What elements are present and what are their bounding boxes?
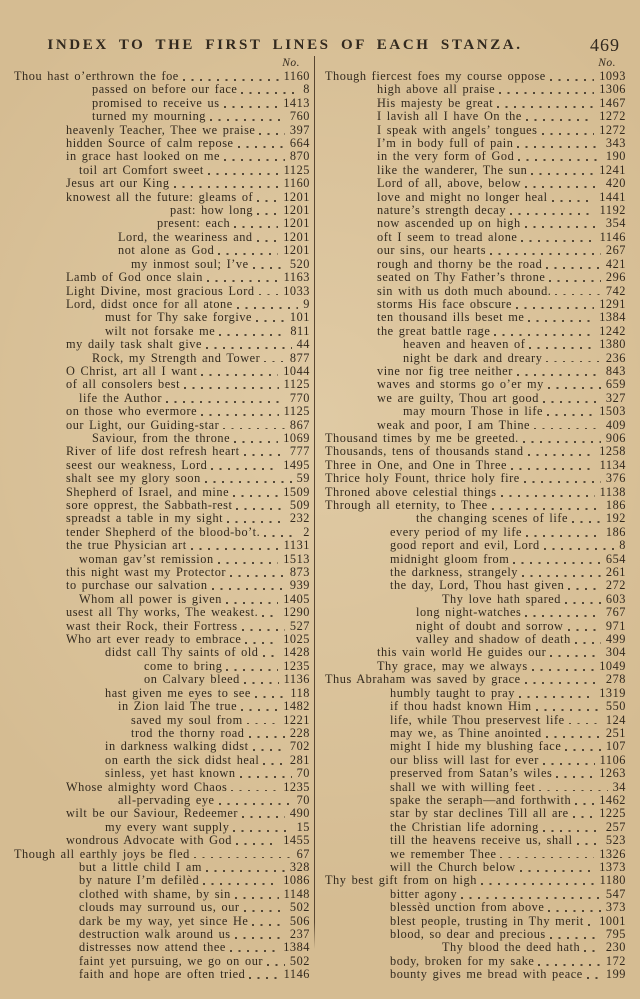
entry-first-line-text: the Christian life adorning xyxy=(390,821,539,834)
index-entry: oft I seem to tread alone1146 xyxy=(325,231,626,244)
index-entry: Who art ever ready to embrace1025 xyxy=(14,633,310,646)
dot-leader xyxy=(222,419,286,432)
dot-leader xyxy=(226,512,286,525)
hymn-number: 742 xyxy=(606,285,626,298)
hymn-number: 1258 xyxy=(599,445,626,458)
index-entry: I’m in body full of pain343 xyxy=(325,137,626,150)
hymn-number: 1513 xyxy=(283,553,310,566)
hymn-number: 1235 xyxy=(283,660,310,673)
hymn-number: 1160 xyxy=(284,70,310,83)
hymn-number: 8 xyxy=(303,83,310,96)
entry-first-line-text: Throned above celestial things xyxy=(325,486,497,499)
entry-first-line-text: our bliss will last for ever xyxy=(390,754,539,767)
dot-leader xyxy=(252,258,286,271)
index-entry: my every want supply15 xyxy=(14,821,310,834)
hymn-number: 192 xyxy=(606,512,626,525)
index-entry: trod the thorny road228 xyxy=(14,727,310,740)
hymn-number: 843 xyxy=(606,365,626,378)
entry-first-line-text: present: each xyxy=(157,217,230,230)
entry-first-line-text: long night-watches xyxy=(416,606,521,619)
dot-leader xyxy=(541,124,596,137)
page-title: INDEX TO THE FIRST LINES OF EACH STANZA. xyxy=(0,37,570,54)
hymn-number: 1093 xyxy=(599,70,626,83)
entry-first-line-text: Lord of all, above, below xyxy=(377,177,521,190)
index-entry: clouds may surround us, our502 xyxy=(14,901,310,914)
dot-leader xyxy=(583,941,602,954)
entry-first-line-text: will the Church below xyxy=(390,861,516,874)
index-entry: bitter agony547 xyxy=(325,888,626,901)
index-entry: in grace hast looked on me870 xyxy=(14,150,310,163)
dot-leader xyxy=(568,714,602,727)
index-entry: every period of my life186 xyxy=(325,526,626,539)
entry-first-line-text: faith and hope are often tried xyxy=(79,968,245,981)
entry-first-line-text: trod the thorny road xyxy=(131,727,245,740)
index-entry: might I hide my blushing face107 xyxy=(325,740,626,753)
index-entry: River of life dost refresh heart777 xyxy=(14,445,310,458)
hymn-number: 118 xyxy=(290,687,310,700)
entry-first-line-text: oft I seem to tread alone xyxy=(377,231,517,244)
index-entry: wilt be our Saviour, Redeemer490 xyxy=(14,807,310,820)
dot-leader xyxy=(243,673,280,686)
hymn-number: 971 xyxy=(606,620,626,633)
entry-first-line-text: shalt see my glory soon xyxy=(66,472,201,485)
index-entry: Thousands, tens of thousands stand1258 xyxy=(325,445,626,458)
hymn-number: 499 xyxy=(606,633,626,646)
dot-leader xyxy=(499,848,595,861)
entry-first-line-text: Thy love hath spared xyxy=(442,593,561,606)
index-entry: body, broken for my sake172 xyxy=(325,955,626,968)
dot-leader xyxy=(489,244,602,257)
hymn-number: 1455 xyxy=(283,834,310,847)
dot-leader xyxy=(515,298,595,311)
hymn-number: 760 xyxy=(290,110,310,123)
dot-leader xyxy=(210,459,279,472)
dot-leader xyxy=(524,606,602,619)
dot-leader xyxy=(255,311,286,324)
entry-first-line-text: spreadst a table in my sight xyxy=(66,512,223,525)
index-entry: O Christ, art all I want1044 xyxy=(14,365,310,378)
index-entry: may we, as Thine anointed251 xyxy=(325,727,626,740)
dot-leader xyxy=(183,378,280,391)
hymn-number: 1069 xyxy=(283,432,310,445)
index-entry: I lavish all I have On the1272 xyxy=(325,110,626,123)
entry-first-line-text: every period of my life xyxy=(390,526,522,539)
dot-leader xyxy=(586,968,602,981)
index-entry-list-left: Thou hast o’erthrown the foe1160passed o… xyxy=(14,70,310,982)
hymn-number: 1462 xyxy=(599,794,626,807)
hymn-number: 124 xyxy=(606,714,626,727)
index-entry: by nature I’m defilèd1086 xyxy=(14,874,310,887)
index-entry: sin with us doth much abound.742 xyxy=(325,285,626,298)
dot-leader xyxy=(510,459,596,472)
dot-leader xyxy=(524,217,602,230)
index-entry: Throned above celestial things1138 xyxy=(325,486,626,499)
index-entry: preserved from Satan’s wiles1263 xyxy=(325,767,626,780)
entry-first-line-text: sin with us doth much abound. xyxy=(377,285,551,298)
column-divider-rule xyxy=(314,56,315,949)
entry-first-line-text: His majesty be great xyxy=(377,97,493,110)
hymn-number: 603 xyxy=(606,593,626,606)
index-entry: to purchase our salvation939 xyxy=(14,579,310,592)
entry-first-line-text: night be dark and dreary xyxy=(403,352,542,365)
index-entry: life, while Thou preservest life124 xyxy=(325,714,626,727)
hymn-number: 343 xyxy=(606,137,626,150)
entry-first-line-text: waves and storms go o’er my xyxy=(377,378,544,391)
entry-first-line-text: in darkness walking didst xyxy=(105,740,249,753)
entry-first-line-text: wilt be our Saviour, Redeemer xyxy=(66,807,238,820)
hymn-number: 1201 xyxy=(283,217,310,230)
entry-first-line-text: good report and evil, Lord xyxy=(390,539,540,552)
dot-leader xyxy=(549,646,602,659)
entry-first-line-text: Thus Abraham was saved by grace xyxy=(325,673,521,686)
dot-leader xyxy=(235,499,285,512)
index-entry: spake the seraph—and forthwith1462 xyxy=(325,794,626,807)
entry-first-line-text: rough and thorny be the road xyxy=(377,258,542,271)
hymn-number: 296 xyxy=(606,271,626,284)
dot-leader xyxy=(548,271,602,284)
index-entry: rough and thorny be the road421 xyxy=(325,258,626,271)
index-entry: Thou hast o’erthrown the foe1160 xyxy=(14,70,310,83)
dot-leader xyxy=(211,579,286,592)
entry-first-line-text: Thousands, tens of thousands stand xyxy=(325,445,524,458)
hymn-number: 877 xyxy=(290,352,310,365)
hymn-number: 1160 xyxy=(284,177,310,190)
hymn-number: 702 xyxy=(290,740,310,753)
dot-leader xyxy=(248,727,286,740)
dot-leader xyxy=(237,137,286,150)
index-entry: my inmost soul; I’ve520 xyxy=(14,258,310,271)
index-entry: Jesus art our King1160 xyxy=(14,177,310,190)
entry-first-line-text: come to bring xyxy=(144,660,222,673)
dot-leader xyxy=(571,512,602,525)
dot-leader xyxy=(218,325,286,338)
entry-first-line-text: seated on Thy Father’s throne xyxy=(377,271,545,284)
hymn-number: 1086 xyxy=(283,874,310,887)
entry-first-line-text: wondrous Advocate with God xyxy=(66,834,232,847)
dot-leader xyxy=(527,445,596,458)
index-entry: if thou hadst known Him550 xyxy=(325,700,626,713)
dot-leader xyxy=(531,660,596,673)
index-entry: on earth the sick didst heal281 xyxy=(14,754,310,767)
hymn-number: 1241 xyxy=(599,164,626,177)
entry-first-line-text: blood, so dear and precious xyxy=(390,928,546,941)
index-column-left: No. Thou hast o’erthrown the foe1160pass… xyxy=(14,56,310,982)
entry-first-line-text: the day, Lord, Thou hast given xyxy=(390,579,564,592)
entry-first-line-text: nature’s strength decay xyxy=(377,204,506,217)
entry-first-line-text: hast given me eyes to see xyxy=(105,687,251,700)
entry-first-line-text: the changing scenes of life xyxy=(416,512,568,525)
index-entry: distresses now attend thee1384 xyxy=(14,941,310,954)
dot-leader xyxy=(551,191,596,204)
dot-leader xyxy=(256,231,280,244)
entry-first-line-text: weak and poor, I am Thine xyxy=(377,419,530,432)
entry-first-line-text: Though all earthly joys be fled xyxy=(14,848,190,861)
number-column-header-left: No. xyxy=(14,56,310,70)
entry-first-line-text: toil art Comfort sweet xyxy=(79,164,204,177)
dot-leader xyxy=(546,405,595,418)
dot-leader xyxy=(243,901,286,914)
hymn-number: 770 xyxy=(290,392,310,405)
entry-first-line-text: past: how long xyxy=(170,204,253,217)
index-entry: Lord of all, above, below420 xyxy=(325,177,626,190)
entry-first-line-text: faint yet pursuing, we go on our xyxy=(79,955,263,968)
index-entry: good report and evil, Lord8 xyxy=(325,539,626,552)
index-entry: will the Church below1373 xyxy=(325,861,626,874)
dot-leader xyxy=(542,392,602,405)
entry-first-line-text: dark be my way, yet since He xyxy=(79,915,248,928)
hymn-number: 506 xyxy=(290,915,310,928)
dot-leader xyxy=(545,727,602,740)
index-entry: Thousand times by me be greeted.906 xyxy=(325,432,626,445)
entry-first-line-text: clouds may surround us, our xyxy=(79,901,240,914)
index-entry: the true Physician art1131 xyxy=(14,539,310,552)
entry-first-line-text: valley and shadow of death xyxy=(416,633,571,646)
index-entry: now ascended up on high354 xyxy=(325,217,626,230)
hymn-number: 1326 xyxy=(599,848,626,861)
entry-first-line-text: River of life dost refresh heart xyxy=(66,445,240,458)
index-entry: this vain world He guides our304 xyxy=(325,646,626,659)
entry-first-line-text: heavenly Teacher, Thee we praise xyxy=(66,124,255,137)
dot-leader xyxy=(460,888,602,901)
index-entry: Lord, didst once for all atone9 xyxy=(14,298,310,311)
dot-leader xyxy=(193,848,293,861)
dot-leader xyxy=(533,419,602,432)
index-entry: all-pervading eye70 xyxy=(14,794,310,807)
dot-leader xyxy=(516,137,601,150)
dot-leader xyxy=(256,204,279,217)
hymn-number: 236 xyxy=(606,352,626,365)
number-column-header-right: No. xyxy=(325,56,626,70)
entry-first-line-text: blessèd unction from above xyxy=(390,901,544,914)
entry-first-line-text: bitter agony xyxy=(390,888,457,901)
index-entry: vine nor fig tree neither843 xyxy=(325,365,626,378)
hymn-number: 34 xyxy=(613,781,626,794)
hymn-number: 237 xyxy=(290,928,310,941)
entry-first-line-text: but a little child I am xyxy=(79,861,202,874)
hymn-number: 1272 xyxy=(599,110,626,123)
entry-first-line-text: this night wast my Protector xyxy=(66,566,226,579)
dot-leader xyxy=(547,901,602,914)
dot-leader xyxy=(234,928,286,941)
entry-first-line-text: in Zion laid The true xyxy=(118,700,237,713)
dot-leader xyxy=(229,566,286,579)
dot-leader xyxy=(261,606,279,619)
dot-leader xyxy=(204,472,293,485)
index-entry: Rock, my Strength and Tower877 xyxy=(14,352,310,365)
dot-leader xyxy=(251,915,285,928)
dot-leader xyxy=(205,861,286,874)
entry-first-line-text: sore opprest, the Sabbath-rest xyxy=(66,499,232,512)
hymn-number: 870 xyxy=(290,150,310,163)
dot-leader xyxy=(512,553,602,566)
entry-first-line-text: we are guilty, Thou art good xyxy=(377,392,539,405)
hymn-number: 267 xyxy=(606,244,626,257)
dot-leader xyxy=(205,338,293,351)
index-entry: may mourn Those in life1503 xyxy=(325,405,626,418)
entry-first-line-text: Thy best gift from on high xyxy=(325,874,477,887)
index-entry: we remember Thee1326 xyxy=(325,848,626,861)
entry-first-line-text: life the Author xyxy=(79,392,162,405)
dot-leader xyxy=(240,700,279,713)
entry-first-line-text: Who art ever ready to embrace xyxy=(66,633,241,646)
entry-first-line-text: life, while Thou preservest life xyxy=(390,714,565,727)
dot-leader xyxy=(241,807,286,820)
hymn-number: 527 xyxy=(290,620,310,633)
index-entry: wast their Rock, their Fortress527 xyxy=(14,620,310,633)
entry-first-line-text: on earth the sick didst heal xyxy=(105,754,259,767)
entry-first-line-text: turned my mourning xyxy=(92,110,206,123)
entry-first-line-text: Thou hast o’erthrown the foe xyxy=(14,70,179,83)
hymn-number: 1384 xyxy=(283,941,310,954)
index-entry: shalt see my glory soon59 xyxy=(14,472,310,485)
dot-leader xyxy=(262,754,286,767)
index-entry: blest people, trusting in Thy merit1001 xyxy=(325,915,626,928)
hymn-number: 281 xyxy=(290,754,310,767)
dot-leader xyxy=(564,740,602,753)
hymn-number: 1180 xyxy=(600,874,626,887)
hymn-number: 502 xyxy=(290,955,310,968)
hymn-number: 9 xyxy=(303,298,310,311)
hymn-number: 939 xyxy=(290,579,310,592)
index-entry: Though fiercest foes my course oppose109… xyxy=(325,70,626,83)
hymn-number: 654 xyxy=(606,553,626,566)
dot-leader xyxy=(262,646,280,659)
index-entry: Lord, the weariness and1201 xyxy=(14,231,310,244)
hymn-number: 70 xyxy=(297,767,310,780)
dot-leader xyxy=(480,874,596,887)
hymn-number: 261 xyxy=(606,566,626,579)
hymn-number: 1201 xyxy=(283,191,310,204)
hymn-number: 228 xyxy=(290,727,310,740)
dot-leader xyxy=(200,365,279,378)
entry-first-line-text: this vain world He guides our xyxy=(377,646,546,659)
dot-leader xyxy=(230,781,279,794)
dot-leader xyxy=(543,539,616,552)
dot-leader xyxy=(535,700,602,713)
hymn-number: 1482 xyxy=(283,700,310,713)
dot-leader xyxy=(518,687,595,700)
index-entry: blood, so dear and precious795 xyxy=(325,928,626,941)
index-entry: turned my mourning760 xyxy=(14,110,310,123)
index-entry: ten thousand ills beset me1384 xyxy=(325,311,626,324)
index-entry: night be dark and dreary236 xyxy=(325,352,626,365)
index-entry: Thy blood the deed hath230 xyxy=(325,941,626,954)
entry-first-line-text: all-pervading eye xyxy=(118,794,215,807)
index-entry: our sins, our hearts267 xyxy=(325,244,626,257)
index-entry: woman gav’st remission1513 xyxy=(14,553,310,566)
hymn-number: 523 xyxy=(606,834,626,847)
hymn-number: 1049 xyxy=(599,660,626,673)
hymn-number: 2 xyxy=(303,526,310,539)
entry-first-line-text: the great battle rage xyxy=(377,325,490,338)
entry-first-line-text: Thy grace, may we always xyxy=(377,660,528,673)
index-entry: valley and shadow of death499 xyxy=(325,633,626,646)
hymn-number: 1192 xyxy=(600,204,626,217)
dot-leader xyxy=(232,821,292,834)
entry-first-line-text: seest our weakness, Lord xyxy=(66,459,207,472)
entry-first-line-text: Jesus art our King xyxy=(66,177,170,190)
hymn-number: 490 xyxy=(290,807,310,820)
dot-leader xyxy=(527,311,595,324)
index-entry: heaven and heaven of1380 xyxy=(325,338,626,351)
entry-first-line-text: storms His face obscure xyxy=(377,298,512,311)
hymn-number: 44 xyxy=(297,338,310,351)
hymn-number: 1201 xyxy=(283,244,310,257)
index-entry: saved my soul from1221 xyxy=(14,714,310,727)
dot-leader xyxy=(223,150,286,163)
index-entry: humbly taught to pray1319 xyxy=(325,687,626,700)
entry-first-line-text: sinless, yet hast known xyxy=(105,767,236,780)
dot-leader xyxy=(182,70,280,83)
entry-first-line-text: wast their Rock, their Fortress xyxy=(66,620,238,633)
dot-leader xyxy=(530,164,595,177)
dot-leader xyxy=(537,955,601,968)
dot-leader xyxy=(246,714,279,727)
dot-leader xyxy=(252,740,286,753)
hymn-number: 873 xyxy=(290,566,310,579)
index-entry: Through all eternity, to Thee186 xyxy=(325,499,626,512)
index-entry: come to bring1235 xyxy=(14,660,310,673)
hymn-number: 70 xyxy=(297,794,310,807)
dot-leader xyxy=(528,338,595,351)
entry-first-line-text: woman gav’st remission xyxy=(79,553,214,566)
hymn-number: 251 xyxy=(606,727,626,740)
entry-first-line-text: Thousand times by me be greeted. xyxy=(325,432,519,445)
entry-first-line-text: we remember Thee xyxy=(390,848,496,861)
index-entry: must for Thy sake forgive101 xyxy=(14,311,310,324)
entry-first-line-text: hidden Source of calm repose xyxy=(66,137,234,150)
index-entry: star by star declines Till all are1225 xyxy=(325,807,626,820)
entry-first-line-text: may we, as Thine anointed xyxy=(390,727,542,740)
index-entry: our bliss will last for ever1106 xyxy=(325,754,626,767)
entry-first-line-text: Though fiercest foes my course oppose xyxy=(325,70,546,83)
entry-first-line-text: usest all Thy works, The weakest. xyxy=(66,606,258,619)
hymn-number: 1405 xyxy=(283,593,310,606)
hymn-number: 1025 xyxy=(283,633,310,646)
hymn-number: 1125 xyxy=(284,405,310,418)
entry-first-line-text: now ascended up on high xyxy=(377,217,521,230)
index-entry: the day, Lord, Thou hast given272 xyxy=(325,579,626,592)
index-column-right: No. Though fiercest foes my course oppos… xyxy=(325,56,626,982)
dot-leader xyxy=(225,660,279,673)
hymn-number: 1134 xyxy=(600,459,626,472)
dot-leader xyxy=(500,486,596,499)
index-entry: faith and hope are often tried1146 xyxy=(14,968,310,981)
index-entry: promised to receive us1413 xyxy=(14,97,310,110)
hymn-number: 1136 xyxy=(284,673,310,686)
index-entry: His majesty be great1467 xyxy=(325,97,626,110)
index-entry: Whom all power is given1405 xyxy=(14,593,310,606)
hymn-number: 1033 xyxy=(283,285,310,298)
index-entry: usest all Thy works, The weakest.1290 xyxy=(14,606,310,619)
hymn-number: 1509 xyxy=(283,486,310,499)
entry-first-line-text: the darkness, strangely xyxy=(390,566,518,579)
dot-leader xyxy=(207,164,280,177)
dot-leader xyxy=(254,687,286,700)
entry-first-line-text: star by star declines Till all are xyxy=(390,807,569,820)
entry-first-line-text: blest people, trusting in Thy merit xyxy=(390,915,584,928)
entry-first-line-text: my inmost soul; I’ve xyxy=(131,258,249,271)
dot-leader xyxy=(217,244,279,257)
entry-first-line-text: on Calvary bleed xyxy=(144,673,240,686)
entry-first-line-text: midnight gloom from xyxy=(390,553,509,566)
index-entry: in Zion laid The true1482 xyxy=(14,700,310,713)
index-entry: hidden Source of calm repose664 xyxy=(14,137,310,150)
index-entry: Though all earthly joys be fled67 xyxy=(14,848,310,861)
hymn-number: 520 xyxy=(290,258,310,271)
entry-first-line-text: preserved from Satan’s wiles xyxy=(390,767,552,780)
hymn-number: 67 xyxy=(297,848,310,861)
